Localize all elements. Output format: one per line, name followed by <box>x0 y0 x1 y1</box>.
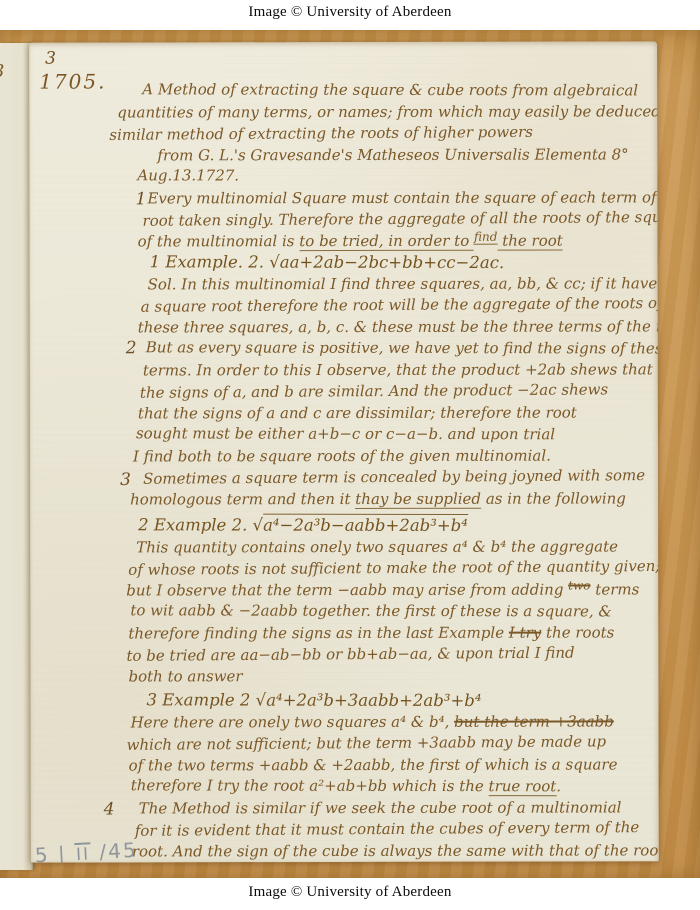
manuscript-text-segment: that the signs of a and c are dissimilar… <box>138 403 577 422</box>
manuscript-line: I find both to be square roots of the gi… <box>133 445 658 468</box>
manuscript-text-segment: as in the following <box>481 489 626 507</box>
manuscript-text-segment: A Method of extracting the square & cube… <box>142 80 638 99</box>
manuscript-line: homologous term and then it thay be supp… <box>130 488 658 511</box>
manuscript-text-segment: a square root therefore the root will be… <box>141 294 659 316</box>
manuscript-line: a square root therefore the root will be… <box>141 293 658 318</box>
manuscript-text-segment: both to answer <box>128 667 242 685</box>
manuscript-line: which are not sufficient; but the term +… <box>127 731 659 756</box>
manuscript-line: for it is evident that it must contain t… <box>135 817 659 842</box>
manuscript-text-segment: of whose roots is not sufficient to make… <box>128 557 659 579</box>
manuscript-text-segment: two <box>568 578 590 592</box>
manuscript-text-segment: The Method is similar if we seek the cub… <box>139 798 622 817</box>
shelfmark-roman-numeral: II <box>74 842 91 862</box>
manuscript-line: Aug.13.1727. <box>137 165 657 188</box>
manuscript-text-segment: Every multinomial Square must contain th… <box>147 188 658 207</box>
manuscript-line: to wit aabb & −2aabb together. the first… <box>130 600 658 623</box>
manuscript-text-segment: from G. L.'s Gravesande's Matheseos Univ… <box>157 145 628 164</box>
manuscript-text-segment: to be tried are aa−ab−bb or bb+ab−aa, & … <box>126 644 574 665</box>
manuscript-page: 3 1705. A Method of extracting the squar… <box>29 41 659 862</box>
manuscript-line: of the two terms +aabb & +2aabb, the fir… <box>129 754 659 777</box>
manuscript-text-segment: terms <box>590 580 639 598</box>
manuscript-lines: A Method of extracting the square & cube… <box>29 79 659 862</box>
manuscript-text-segment: therefore I try the root a²+ab+bb which … <box>131 776 489 795</box>
manuscript-text-segment: similar method of extracting the roots o… <box>109 123 533 144</box>
manuscript-text-segment: therefore finding the signs as in the la… <box>128 623 509 642</box>
manuscript-text-segment: the root <box>497 231 562 250</box>
section-number: 4 <box>104 799 115 821</box>
manuscript-text-segment: homologous term and then it <box>130 489 355 507</box>
manuscript-line: but I observe that the term −aabb may ar… <box>126 579 658 602</box>
manuscript-text-segment: But as every square is positive, we have… <box>146 338 659 357</box>
manuscript-text-segment: terms. In order to this I observe, that … <box>143 360 653 379</box>
manuscript-line: these three squares, a, b, c. & these mu… <box>138 316 658 339</box>
manuscript-line: both to answer <box>128 665 658 688</box>
manuscript-line: Here there are onely two squares a⁴ & b⁴… <box>131 711 659 734</box>
manuscript-line: 2 Example 2. √a⁴−2a³b−aabb+2ab³+b⁴ <box>138 514 658 537</box>
manuscript-line: sought must be either a+b−c or c−a−b. an… <box>136 423 658 446</box>
manuscript-text-segment: . <box>556 777 561 795</box>
manuscript-text-segment: find <box>474 229 497 244</box>
manuscript-line: to be tried are aa−ab−bb or bb+ab−aa, & … <box>126 642 658 667</box>
manuscript-text-segment: I find both to be square roots of the gi… <box>133 446 551 465</box>
manuscript-line: that the signs of a and c are dissimilar… <box>138 402 658 425</box>
manuscript-line: This quantity contains onely two squares… <box>136 536 658 559</box>
manuscript-line: terms. In order to this I observe, that … <box>143 359 658 382</box>
adjacent-page-edge: 3 <box>0 43 33 870</box>
shelfmark-pencil: 5 | II /45 <box>34 838 138 863</box>
manuscript-line: root. And the sign of the cube is always… <box>132 840 659 863</box>
manuscript-text-segment: to wit aabb & −2aabb together. the first… <box>130 601 611 620</box>
folio-number: 3 <box>45 49 56 69</box>
manuscript-text-segment: but I observe that the term −aabb may ar… <box>126 580 568 599</box>
shelfmark-part-3: /45 <box>99 838 138 863</box>
manuscript-text-segment: which are not sufficient; but the term +… <box>127 732 607 754</box>
copyright-caption-top: Image © University of Aberdeen <box>0 4 700 21</box>
edge-fragment-text: 3 <box>0 61 4 82</box>
manuscript-line: root taken singly. Therefore the aggrega… <box>142 207 657 232</box>
photo-mount-border: 3 3 1705. A Method of extracting the squ… <box>0 30 700 878</box>
manuscript-line: similar method of extracting the roots o… <box>109 121 657 147</box>
manuscript-text-segment: the roots <box>541 623 614 641</box>
manuscript-text-segment: true root <box>489 777 557 796</box>
section-number: 1 <box>135 189 146 211</box>
manuscript-line: 3Sometimes a square term is concealed by… <box>143 465 658 490</box>
manuscript-text-segment: a⁴−2a³b−aabb+2ab³+b⁴ <box>263 514 468 535</box>
manuscript-text-segment: these three squares, a, b, c. & these mu… <box>138 317 659 336</box>
manuscript-text-segment: Sometimes a square term is concealed by … <box>143 466 645 488</box>
manuscript-text-segment: root. And the sign of the cube is always… <box>132 841 659 860</box>
manuscript-text-segment: This quantity contains onely two squares… <box>136 537 618 556</box>
manuscript-text-segment: of the multinomial is <box>138 232 300 250</box>
manuscript-text-segment: Here there are onely two squares a⁴ & b⁴… <box>131 712 455 731</box>
manuscript-line: 1 Example. 2. √aa+2ab−2bc+bb+cc−2ac. <box>150 251 658 274</box>
manuscript-text-segment: of the two terms +aabb & +2aabb, the fir… <box>129 755 618 774</box>
manuscript-text-segment: quantities of many terms, or names; from… <box>117 102 659 121</box>
manuscript-text-segment: 3 Example 2 √a⁴+2a³b+3aabb+2ab³+b⁴ <box>147 690 482 710</box>
manuscript-text-segment: I try <box>509 623 541 641</box>
manuscript-text-segment: for it is evident that it must contain t… <box>135 818 640 840</box>
manuscript-line: therefore I try the root a²+ab+bb which … <box>131 775 659 798</box>
manuscript-text-segment: the signs of a, and b are similar. And t… <box>140 380 608 401</box>
manuscript-text-segment: thay be supplied <box>355 489 481 508</box>
manuscript-text-segment: Aug.13.1727. <box>137 166 239 184</box>
manuscript-line: A Method of extracting the square & cube… <box>142 79 657 102</box>
manuscript-text-segment: root taken singly. Therefore the aggrega… <box>142 208 658 230</box>
manuscript-text-segment: 1 Example. 2. √aa+2ab−2bc+bb+cc−2ac. <box>150 252 505 272</box>
manuscript-line: 2But as every square is positive, we hav… <box>146 337 658 360</box>
manuscript-line: Sol. In this multinomial I find three sq… <box>148 273 658 296</box>
manuscript-text-segment: Sol. In this multinomial I find three sq… <box>148 274 658 293</box>
manuscript-line: the signs of a, and b are similar. And t… <box>140 379 658 404</box>
manuscript-line: 3 Example 2 √a⁴+2a³b+3aabb+2ab³+b⁴ <box>146 689 658 712</box>
manuscript-line: of the multinomial is to be tried, in or… <box>138 230 658 253</box>
manuscript-line: quantities of many terms, or names; from… <box>117 101 657 124</box>
manuscript-line: therefore finding the signs as in the la… <box>128 622 658 645</box>
manuscript-line: 1Every multinomial Square must contain t… <box>147 187 657 210</box>
manuscript-text-segment: sought must be either a+b−c or c−a−b. an… <box>136 424 555 443</box>
manuscript-text-segment: 2 Example 2. √ <box>138 515 263 534</box>
manuscript-line: from G. L.'s Gravesande's Matheseos Univ… <box>157 144 657 167</box>
section-number: 2 <box>126 338 137 360</box>
manuscript-text-segment: but the term +3aabb <box>454 712 614 730</box>
shelfmark-part-1: 5 | <box>34 842 67 863</box>
manuscript-line: 4The Method is similar if we seek the cu… <box>139 797 659 820</box>
manuscript-text-segment: to be tried, in order to <box>299 231 474 250</box>
copyright-caption-bottom: Image © University of Aberdeen <box>0 884 700 901</box>
